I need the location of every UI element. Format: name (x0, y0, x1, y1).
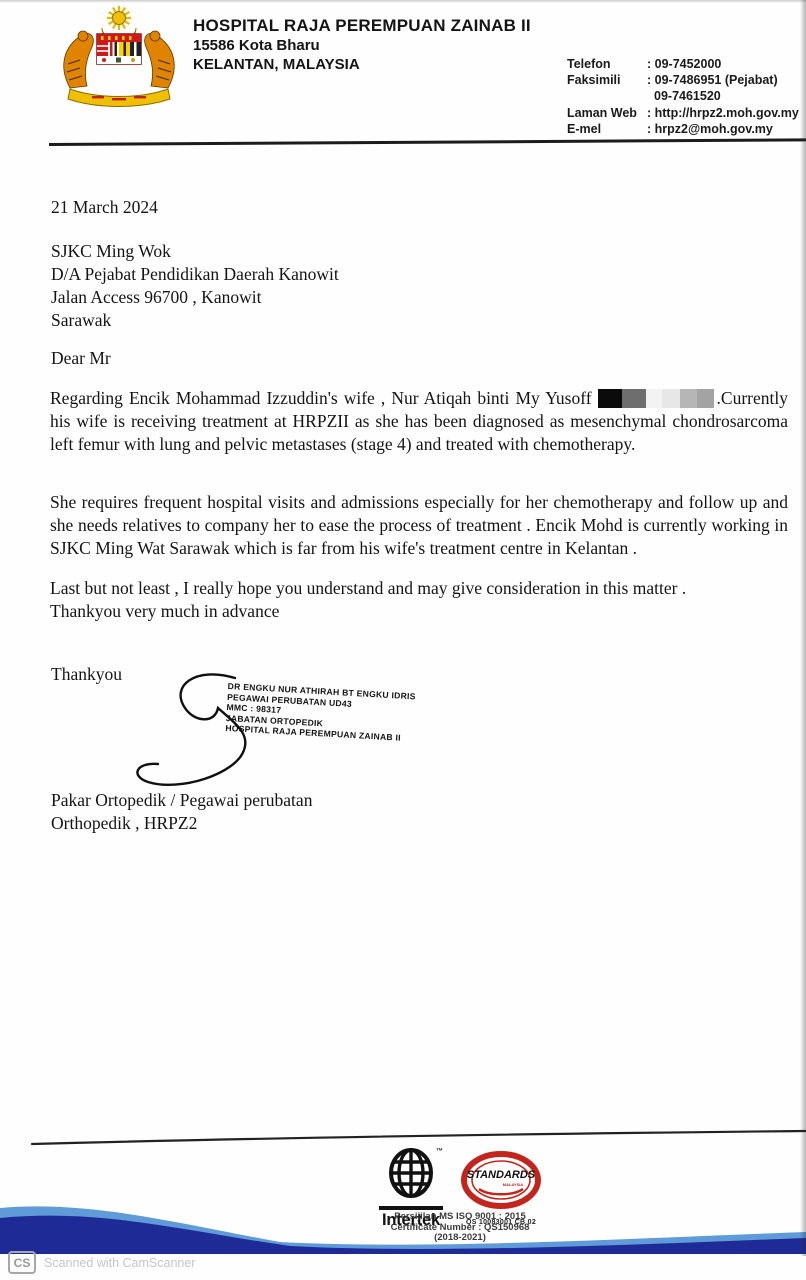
redacted-name-block (598, 389, 714, 408)
camscanner-badge-icon: CS (8, 1251, 36, 1274)
svg-text:STANDARDS: STANDARDS (467, 1169, 536, 1181)
recipient-line: Jalan Access 96700 , Kanowit (51, 286, 339, 309)
recipient-line: D/A Pejabat Pendidikan Daerah Kanowit (51, 263, 339, 286)
contact-row-email: E-mel : hrpz2@moh.gov.my (567, 121, 806, 137)
malaysia-coat-of-arms-icon (56, 4, 182, 115)
letterhead-title-block: HOSPITAL RAJA PEREMPUAN ZAINAB II 15586 … (193, 16, 531, 74)
intertek-globe-icon (388, 1148, 434, 1200)
svg-text:MALAYSIA: MALAYSIA (503, 1182, 524, 1187)
scanned-letter-page: HOSPITAL RAJA PEREMPUAN ZAINAB II 15586 … (0, 0, 806, 1280)
trademark-symbol: ™ (436, 1148, 443, 1155)
paragraph-3-line1: Last but not least , I really hope you u… (50, 577, 788, 600)
paragraph-2: She requires frequent hospital visits an… (50, 491, 788, 560)
contact-info-block: Telefon : 09-7452000 Faksimili : 09-7486… (567, 56, 806, 137)
camscanner-watermark-text: Scanned with CamScanner (44, 1256, 195, 1270)
contact-row-web: Laman Web : http://hrpz2.moh.gov.my (567, 105, 806, 121)
signoff-title-line1: Pakar Ortopedik / Pegawai perubatan (51, 789, 312, 812)
recipient-line: SJKC Ming Wok (51, 240, 339, 263)
hospital-address-line1: 15586 Kota Bharu (193, 36, 531, 55)
paragraph-1-text-a: Regarding Encik Mohammad Izzuddin's wife… (50, 388, 592, 408)
letter-date: 21 March 2024 (51, 196, 158, 219)
contact-row-faksimili: Faksimili : 09-7486951 (Pejabat) (567, 72, 806, 88)
signoff-block: Pakar Ortopedik / Pegawai perubatan Orth… (51, 789, 312, 835)
recipient-line: Sarawak (51, 309, 339, 332)
paragraph-3-line2: Thankyou very much in advance (50, 600, 788, 623)
hospital-name: HOSPITAL RAJA PEREMPUAN ZAINAB II (193, 16, 531, 36)
header-divider (49, 138, 806, 145)
recipient-address-block: SJKC Ming Wok D/A Pejabat Pendidikan Dae… (51, 240, 339, 332)
footer-wave-graphic (0, 1194, 806, 1261)
hospital-address-line2: KELANTAN, MALAYSIA (193, 55, 531, 74)
paragraph-1: Regarding Encik Mohammad Izzuddin's wife… (50, 387, 788, 456)
contact-row-faksimili2: 09-7461520 (567, 88, 806, 104)
signoff-title-line2: Orthopedik , HRPZ2 (51, 812, 312, 835)
paragraph-3: Last but not least , I really hope you u… (50, 577, 788, 623)
salutation: Dear Mr (51, 347, 111, 370)
contact-row-telefon: Telefon : 09-7452000 (567, 56, 806, 72)
